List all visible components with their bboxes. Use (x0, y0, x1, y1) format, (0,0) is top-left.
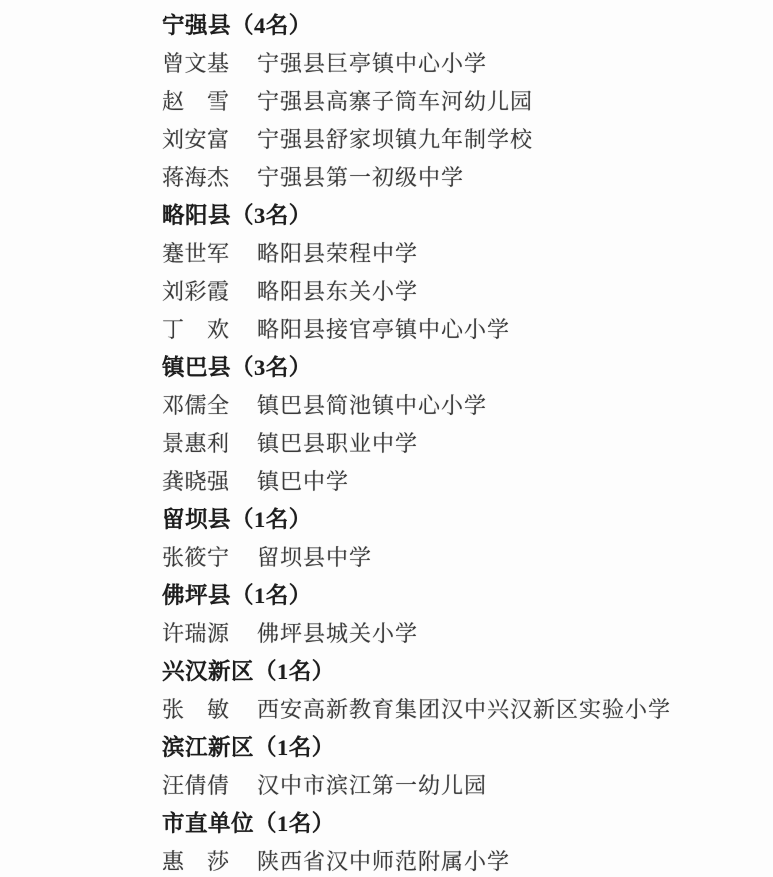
school-name: 略阳县荣程中学 (257, 237, 418, 268)
list-item: 蹇世军 略阳县荣程中学 (162, 233, 773, 271)
school-name: 略阳县东关小学 (257, 275, 418, 306)
document-page: 宁强县（4名） 曾文基 宁强县巨亭镇中心小学 赵 雪 宁强县高寨子筒车河幼儿园 … (0, 0, 773, 877)
list-item: 刘彩霞 略阳县东关小学 (162, 271, 773, 309)
section-heading-xinghan: 兴汉新区（1名） (162, 651, 773, 689)
person-name: 张筱宁 (162, 541, 257, 572)
list-item: 许瑞源 佛坪县城关小学 (162, 613, 773, 651)
section-heading-foping: 佛坪县（1名） (162, 575, 773, 613)
person-name: 许瑞源 (162, 617, 257, 648)
school-name: 陕西省汉中师范附属小学 (257, 845, 510, 876)
section-heading-zhenba: 镇巴县（3名） (162, 347, 773, 385)
school-name: 佛坪县城关小学 (257, 617, 418, 648)
person-name: 蒋海杰 (162, 161, 257, 192)
list-item: 张筱宁 留坝县中学 (162, 537, 773, 575)
school-name: 略阳县接官亭镇中心小学 (257, 313, 510, 344)
school-name: 镇巴中学 (257, 465, 349, 496)
list-item: 刘安富 宁强县舒家坝镇九年制学校 (162, 119, 773, 157)
person-name: 刘彩霞 (162, 275, 257, 306)
person-name: 刘安富 (162, 123, 257, 154)
list-item: 丁 欢 略阳县接官亭镇中心小学 (162, 309, 773, 347)
school-name: 宁强县第一初级中学 (257, 161, 464, 192)
school-name: 西安高新教育集团汉中兴汉新区实验小学 (257, 693, 671, 724)
school-name: 留坝县中学 (257, 541, 372, 572)
person-name: 曾文基 (162, 47, 257, 78)
section-heading-binjiang: 滨江新区（1名） (162, 727, 773, 765)
list-item: 曾文基 宁强县巨亭镇中心小学 (162, 43, 773, 81)
school-name: 汉中市滨江第一幼儿园 (257, 769, 487, 800)
list-item: 邓儒全 镇巴县简池镇中心小学 (162, 385, 773, 423)
person-name: 赵 雪 (162, 85, 257, 116)
list-item: 汪倩倩 汉中市滨江第一幼儿园 (162, 765, 773, 803)
section-heading-liuba: 留坝县（1名） (162, 499, 773, 537)
section-heading-shizhi: 市直单位（1名） (162, 803, 773, 841)
award-list: 宁强县（4名） 曾文基 宁强县巨亭镇中心小学 赵 雪 宁强县高寨子筒车河幼儿园 … (162, 5, 773, 877)
person-name: 丁 欢 (162, 313, 257, 344)
person-name: 惠 莎 (162, 845, 257, 876)
person-name: 邓儒全 (162, 389, 257, 420)
section-heading-lueyang: 略阳县（3名） (162, 195, 773, 233)
list-item: 蒋海杰 宁强县第一初级中学 (162, 157, 773, 195)
person-name: 汪倩倩 (162, 769, 257, 800)
person-name: 景惠利 (162, 427, 257, 458)
list-item: 景惠利 镇巴县职业中学 (162, 423, 773, 461)
school-name: 宁强县舒家坝镇九年制学校 (257, 123, 533, 154)
list-item: 赵 雪 宁强县高寨子筒车河幼儿园 (162, 81, 773, 119)
person-name: 张 敏 (162, 693, 257, 724)
school-name: 镇巴县职业中学 (257, 427, 418, 458)
school-name: 镇巴县简池镇中心小学 (257, 389, 487, 420)
person-name: 蹇世军 (162, 237, 257, 268)
school-name: 宁强县巨亭镇中心小学 (257, 47, 487, 78)
person-name: 龚晓强 (162, 465, 257, 496)
section-heading-ningqiang: 宁强县（4名） (162, 5, 773, 43)
list-item: 惠 莎 陕西省汉中师范附属小学 (162, 841, 773, 877)
list-item: 张 敏 西安高新教育集团汉中兴汉新区实验小学 (162, 689, 773, 727)
school-name: 宁强县高寨子筒车河幼儿园 (257, 85, 533, 116)
list-item: 龚晓强 镇巴中学 (162, 461, 773, 499)
